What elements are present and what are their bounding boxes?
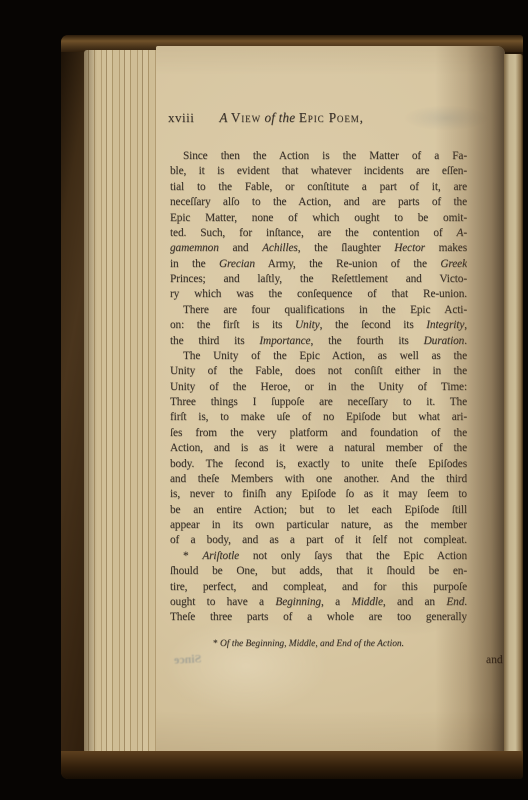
text-run: Unity [295, 319, 320, 331]
text-run: , the ſlaughter [298, 242, 394, 254]
text-run: ought to have a [170, 596, 275, 608]
text-line: Action, and is as it were a natural memb… [170, 441, 467, 456]
running-title-segment: A [219, 110, 231, 125]
text-run: tial to the Fable, or conſtitute a part … [170, 181, 467, 193]
page-edge-stack [84, 50, 158, 753]
page-number: xviii [168, 110, 194, 126]
text-line: gamemnon and Achilles, the ſlaughter Hec… [170, 241, 467, 256]
text-line: tial to the Fable, or conſtitute a part … [170, 180, 467, 195]
text-run: body. The ſecond is, exactly to unite th… [170, 458, 467, 470]
text-run: and [219, 242, 262, 254]
text-run: the third its [170, 335, 259, 347]
text-run: Hector [394, 242, 425, 254]
text-run: Duration [424, 335, 465, 347]
running-title-segment: View [231, 110, 261, 125]
text-run: ted. Such, for inſtance, are the content… [170, 227, 457, 239]
text-run: Importance [259, 335, 310, 347]
text-line: firſt is, to make uſe of no Epiſode but … [170, 410, 467, 425]
text-run: Integrity [426, 319, 464, 331]
text-line: appear in its own particular nature, as … [170, 518, 467, 533]
text-line: of a body, and as a part of it ſelf not … [170, 533, 467, 548]
text-run: tire, perfect, and compleat, and for thi… [170, 581, 467, 593]
text-run: Action, and is as it were a natural memb… [170, 442, 467, 454]
text-run: on: the firſt is its [170, 319, 295, 331]
text-run: of a body, and as a part of it ſelf not … [170, 534, 467, 546]
text-run: in the [170, 258, 219, 270]
text-run: . [464, 335, 467, 347]
text-line: Unity of the Fable, does not conſiſt eit… [170, 364, 467, 379]
text-run: Middle [351, 596, 382, 608]
text-run: appear in its own particular nature, as … [170, 519, 467, 531]
text-line: be an entire Action; but to let each Epi… [170, 503, 467, 518]
text-run: Beginning [275, 596, 321, 608]
text-line: Epic Matter, none of which ought to be o… [170, 211, 467, 226]
text-run: ſes from the very platform and foundatio… [170, 427, 467, 439]
text-run: * [183, 550, 202, 562]
text-run: neceſſary alſo to the Action, and are pa… [170, 196, 467, 208]
text-run: , a [321, 596, 352, 608]
book-page: xviii A View of the Epic Poem, Since the… [156, 46, 505, 754]
text-line: and theſe Members with one another. And … [170, 472, 467, 487]
text-line: Princes; and laſtly, the Reſettlement an… [170, 272, 467, 287]
text-run: . [464, 596, 467, 608]
text-run: Three things I ſuppoſe are neceſſary to … [170, 396, 467, 408]
text-line: ſes from the very platform and foundatio… [170, 426, 467, 441]
text-run: ry which was the conſequence of that Re-… [170, 288, 467, 300]
text-run: A- [457, 227, 467, 239]
text-run: Since then the Action is the Matter of a… [183, 150, 467, 162]
text-run: End [446, 596, 464, 608]
text-run: Epic Matter, none of which ought to be o… [170, 212, 467, 224]
text-run: ſhould be One, but adds, that it ſhould … [170, 565, 467, 577]
page-header: xviii A View of the Epic Poem, [168, 110, 478, 126]
text-run: ble, it is evident that whatever inciden… [170, 165, 467, 177]
text-run: Achilles [262, 242, 298, 254]
running-title-segment: Epic Poem, [299, 110, 364, 125]
footnote-run: * [213, 639, 220, 649]
scanned-book-photo: xviii A View of the Epic Poem, Since the… [0, 0, 528, 800]
text-line: body. The ſecond is, exactly to unite th… [170, 457, 467, 472]
running-title: A View of the Epic Poem, [219, 110, 364, 126]
text-run: Grecian [219, 258, 255, 270]
catchword: and [486, 654, 503, 666]
text-run: Unity of the Heroe, or in the Unity of T… [170, 381, 467, 393]
text-line: ſhould be One, but adds, that it ſhould … [170, 564, 467, 579]
text-line: in the Grecian Army, the Re-union of the… [170, 257, 467, 272]
text-run: Unity of the Fable, does not conſiſt eit… [170, 365, 467, 377]
text-line: ted. Such, for inſtance, are the content… [170, 226, 467, 241]
text-run: be an entire Action; but to let each Epi… [170, 504, 467, 516]
text-run: Greek [440, 258, 467, 270]
text-run: There are four qualifications in the Epi… [183, 304, 467, 316]
text-run: Ariſtotle [202, 550, 239, 562]
page-text: Since then the Action is the Matter of a… [170, 149, 467, 626]
book-cover-bottom-edge [61, 751, 523, 779]
text-line: * Ariſtotle not only ſays that the Epic … [170, 549, 467, 564]
text-run: The Unity of the Epic Action, as well as… [183, 350, 467, 362]
text-line: ble, it is evident that whatever inciden… [170, 164, 467, 179]
text-run: firſt is, to make uſe of no Epiſode but … [170, 411, 467, 423]
text-line: There are four qualifications in the Epi… [170, 303, 467, 318]
footnote: * Of the Beginning, Middle, and End of t… [213, 639, 463, 650]
text-run: Army, the Re-union of the [255, 258, 440, 270]
text-run: not only ſays that the Epic Action [239, 550, 467, 562]
running-title-segment: of the [261, 110, 299, 125]
text-line: tire, perfect, and compleat, and for thi… [170, 580, 467, 595]
text-run: , the ſecond its [320, 319, 427, 331]
text-line: is, never to finiſh any Epiſode ſo as it… [170, 487, 467, 502]
bleed-through-text: Since [174, 651, 202, 667]
text-line: ought to have a Beginning, a Middle, and… [170, 595, 467, 610]
text-line: Unity of the Heroe, or in the Unity of T… [170, 380, 467, 395]
text-line: Three things I ſuppoſe are neceſſary to … [170, 395, 467, 410]
text-run: , the fourth its [310, 335, 423, 347]
text-line: the third its Importance, the fourth its… [170, 334, 467, 349]
text-run: , and an [383, 596, 447, 608]
text-run: , [464, 319, 467, 331]
text-run: gamemnon [170, 242, 219, 254]
adjacent-page-edge [504, 54, 523, 754]
text-line: on: the firſt is its Unity, the ſecond i… [170, 318, 467, 333]
text-run: makes [425, 242, 467, 254]
footnote-run: Of the Beginning, Middle, and End of the… [220, 639, 404, 649]
text-line: Theſe three parts of a whole are too gen… [170, 610, 467, 625]
text-line: ry which was the conſequence of that Re-… [170, 287, 467, 302]
text-line: neceſſary alſo to the Action, and are pa… [170, 195, 467, 210]
text-line: The Unity of the Epic Action, as well as… [170, 349, 467, 364]
text-run: Princes; and laſtly, the Reſettlement an… [170, 273, 467, 285]
text-run: is, never to finiſh any Epiſode ſo as it… [170, 488, 467, 500]
text-line: Since then the Action is the Matter of a… [170, 149, 467, 164]
text-run: Theſe three parts of a whole are too gen… [170, 611, 467, 623]
text-run: and theſe Members with one another. And … [170, 473, 467, 485]
